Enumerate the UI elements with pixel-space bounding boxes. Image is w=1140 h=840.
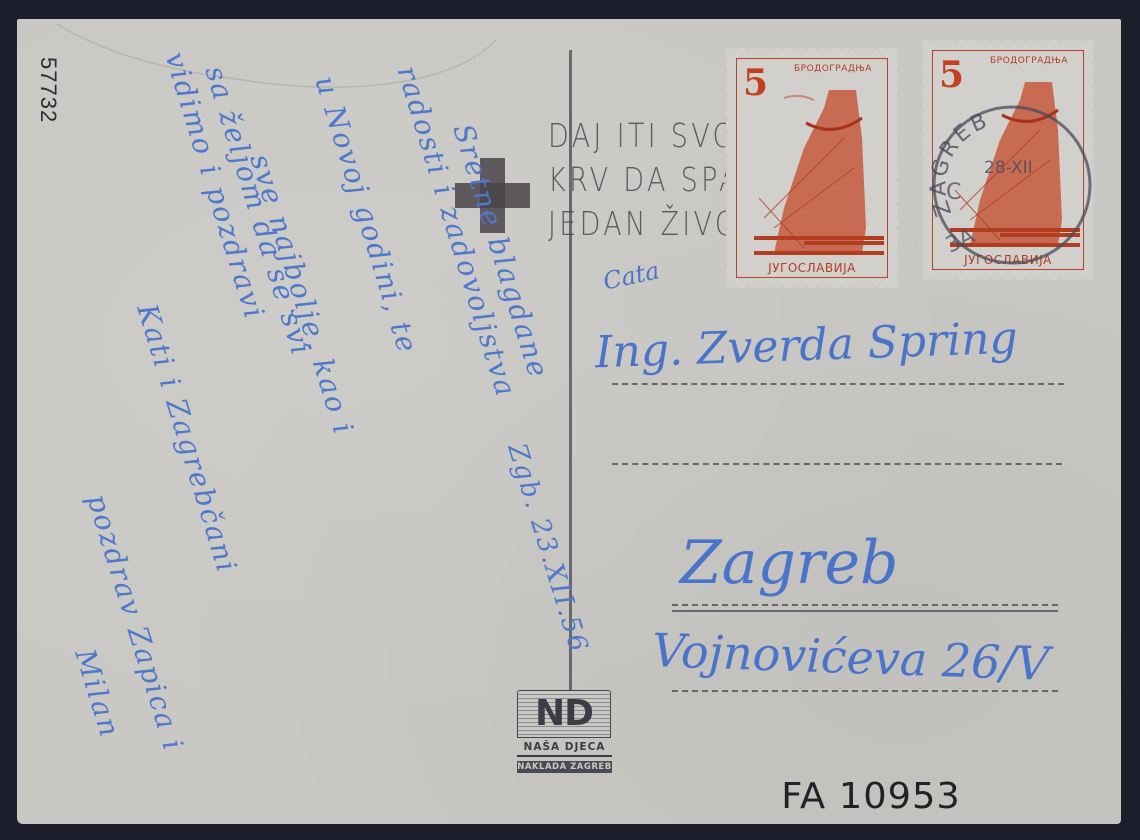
address-line [672,604,1058,606]
address-line [612,383,1064,385]
address-city: Zagreb [680,528,898,598]
postmark-letters: C C [946,180,1097,205]
address-line [672,610,1058,612]
stamp-country: ЈУГОСЛАВИЈА [726,261,898,275]
book-icon: ND [517,690,611,738]
ship-icon [744,78,884,268]
paper-crease [37,19,717,99]
publisher-imprint: NAKLADA ZAGREB [517,761,612,773]
publisher-logo: ND NAŠA DJECA NAKLADA ZAGREB [517,690,612,773]
publisher-name: NAŠA DJECA [517,741,612,753]
publisher-logo-letters: ND [518,693,610,735]
postmark-date: 28-XII [984,158,1033,178]
address-line [672,690,1058,692]
reference-number: FA 10953 [781,776,961,817]
archive-number: 57732 [35,57,61,123]
address-line [612,463,1062,465]
postage-stamp: 5 БРОДОГРАДЊА ЈУГОСЛАВИЈА [726,48,898,288]
postmark-circle: ZAGREB 28-XII C C 3A [922,93,1097,268]
stamp-title: БРОДОГРАДЊА [794,64,872,74]
stamp-title: БРОДОГРАДЊА [990,56,1068,66]
